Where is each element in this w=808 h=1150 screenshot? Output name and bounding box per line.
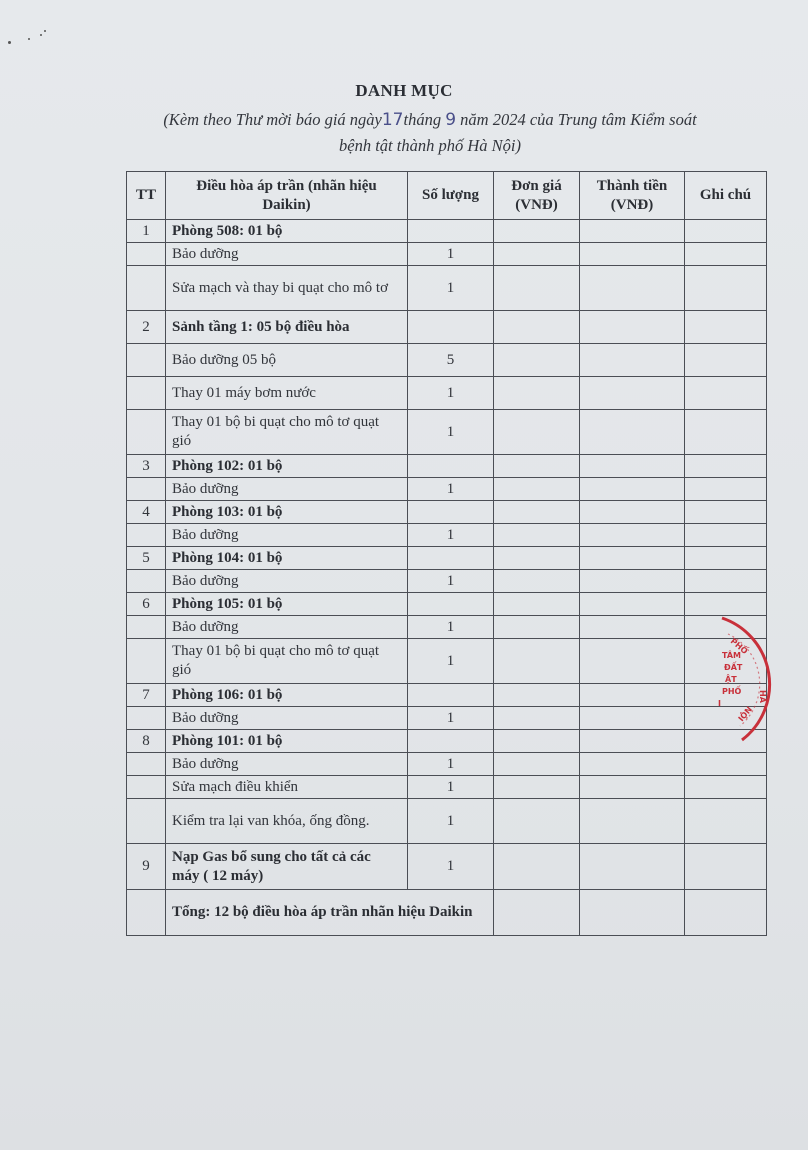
- cell-description: Bảo dưỡng: [166, 524, 408, 547]
- cell-unit-price: [494, 220, 580, 243]
- cell-tt: 8: [127, 730, 166, 753]
- cell-quantity: [408, 455, 494, 478]
- cell-description: Bảo dưỡng: [166, 616, 408, 639]
- handwritten-month: 9: [445, 110, 456, 130]
- cell-description: Thay 01 bộ bi quạt cho mô tơ quạt gió: [166, 639, 408, 684]
- cell-tt: [127, 639, 166, 684]
- cell-unit-price: [494, 890, 580, 936]
- cell-note: [685, 570, 767, 593]
- cell-tt: [127, 753, 166, 776]
- table-group-row: 2Sảnh tầng 1: 05 bộ điều hòa: [127, 311, 767, 344]
- cell-tt: [127, 266, 166, 311]
- cell-note: [685, 410, 767, 455]
- cell-quantity: [408, 684, 494, 707]
- cell-note: [685, 684, 767, 707]
- cell-note: [685, 753, 767, 776]
- table-group-row: 1Phòng 508: 01 bộ: [127, 220, 767, 243]
- cell-description: Bảo dưỡng 05 bộ: [166, 344, 408, 377]
- cell-description: Sửa mạch điều khiển: [166, 776, 408, 799]
- cell-quantity: [408, 311, 494, 344]
- cell-note: [685, 501, 767, 524]
- cell-total: [580, 377, 685, 410]
- cell-total: [580, 844, 685, 890]
- cell-unit-price: [494, 730, 580, 753]
- scanned-page: DANH MỤC (Kèm theo Thư mời báo giá ngày1…: [0, 0, 808, 1150]
- cell-quantity: 1: [408, 266, 494, 311]
- table-row: Bảo dưỡng1: [127, 616, 767, 639]
- cell-description: Bảo dưỡng: [166, 753, 408, 776]
- table-group-row: 3Phòng 102: 01 bộ: [127, 455, 767, 478]
- table-row: Sửa mạch và thay bi quạt cho mô tơ1: [127, 266, 767, 311]
- cell-total: [580, 570, 685, 593]
- cell-tt: 7: [127, 684, 166, 707]
- cell-tt: 3: [127, 455, 166, 478]
- cell-note: [685, 266, 767, 311]
- cell-unit-price: [494, 311, 580, 344]
- cell-note: [685, 730, 767, 753]
- cell-description: Phòng 101: 01 bộ: [166, 730, 408, 753]
- header-total: Thành tiền (VNĐ): [580, 172, 685, 220]
- cell-total: [580, 410, 685, 455]
- cell-tt: 5: [127, 547, 166, 570]
- cell-total: [580, 890, 685, 936]
- cell-total: [580, 547, 685, 570]
- cell-description: Bảo dưỡng: [166, 243, 408, 266]
- document-title: DANH MỤC: [0, 81, 808, 101]
- cell-note: [685, 616, 767, 639]
- cell-tt: 6: [127, 593, 166, 616]
- cell-quantity: 5: [408, 344, 494, 377]
- cell-description: Kiểm tra lại van khóa, ống đồng.: [166, 799, 408, 844]
- cell-unit-price: [494, 524, 580, 547]
- cell-unit-price: [494, 799, 580, 844]
- cell-description: Phòng 104: 01 bộ: [166, 547, 408, 570]
- cell-quantity: 1: [408, 753, 494, 776]
- cell-note: [685, 455, 767, 478]
- cell-unit-price: [494, 639, 580, 684]
- table-header-row: TT Điều hòa áp trần (nhãn hiệu Daikin) S…: [127, 172, 767, 220]
- cell-unit-price: [494, 410, 580, 455]
- cell-unit-price: [494, 707, 580, 730]
- cell-note: [685, 776, 767, 799]
- cell-total: [580, 455, 685, 478]
- cell-total: [580, 707, 685, 730]
- cell-unit-price: [494, 243, 580, 266]
- cell-tt: [127, 410, 166, 455]
- cell-description: Phòng 105: 01 bộ: [166, 593, 408, 616]
- cell-unit-price: [494, 266, 580, 311]
- cell-tt: [127, 799, 166, 844]
- cell-total: [580, 753, 685, 776]
- table-row: Bảo dưỡng1: [127, 753, 767, 776]
- cell-quantity: 1: [408, 616, 494, 639]
- table-group-row: 9Nạp Gas bổ sung cho tất cả các máy ( 12…: [127, 844, 767, 890]
- cell-description: Phòng 106: 01 bộ: [166, 684, 408, 707]
- cell-quantity: 1: [408, 707, 494, 730]
- cell-description: Bảo dưỡng: [166, 570, 408, 593]
- table-row: Bảo dưỡng1: [127, 243, 767, 266]
- header-description: Điều hòa áp trần (nhãn hiệu Daikin): [166, 172, 408, 220]
- cell-total: [580, 684, 685, 707]
- cell-quantity: 1: [408, 377, 494, 410]
- header-quantity: Số lượng: [408, 172, 494, 220]
- table-row: Bảo dưỡng1: [127, 707, 767, 730]
- cell-note: [685, 593, 767, 616]
- cell-unit-price: [494, 455, 580, 478]
- cell-tt: [127, 377, 166, 410]
- table-total-row: Tổng: 12 bộ điều hòa áp trần nhãn hiệu D…: [127, 890, 767, 936]
- table-row: Thay 01 bộ bi quạt cho mô tơ quạt gió1: [127, 410, 767, 455]
- scan-specks: [6, 28, 56, 48]
- cell-description: Thay 01 máy bơm nước: [166, 377, 408, 410]
- table-body: 1Phòng 508: 01 bộBảo dưỡng1Sửa mạch và t…: [127, 220, 767, 936]
- cell-quantity: [408, 501, 494, 524]
- document-subtitle: (Kèm theo Thư mời báo giá ngày17tháng 9 …: [150, 107, 710, 158]
- cell-unit-price: [494, 570, 580, 593]
- cell-unit-price: [494, 501, 580, 524]
- cell-quantity: [408, 593, 494, 616]
- cell-description: Bảo dưỡng: [166, 478, 408, 501]
- cell-unit-price: [494, 478, 580, 501]
- cell-note: [685, 890, 767, 936]
- cell-note: [685, 707, 767, 730]
- cell-total: [580, 266, 685, 311]
- cell-unit-price: [494, 753, 580, 776]
- table-group-row: 4Phòng 103: 01 bộ: [127, 501, 767, 524]
- header-unit-price: Đơn giá (VNĐ): [494, 172, 580, 220]
- cell-description: Sảnh tầng 1: 05 bộ điều hòa: [166, 311, 408, 344]
- cell-total: [580, 344, 685, 377]
- cell-tt: [127, 776, 166, 799]
- cell-tt: 2: [127, 311, 166, 344]
- table-row: Sửa mạch điều khiển1: [127, 776, 767, 799]
- cell-unit-price: [494, 684, 580, 707]
- table-group-row: 8Phòng 101: 01 bộ: [127, 730, 767, 753]
- cell-note: [685, 344, 767, 377]
- table-row: Thay 01 máy bơm nước1: [127, 377, 767, 410]
- cell-quantity: 1: [408, 570, 494, 593]
- cell-total: [580, 776, 685, 799]
- cell-description: Bảo dưỡng: [166, 707, 408, 730]
- cell-tt: 1: [127, 220, 166, 243]
- cell-description: Phòng 102: 01 bộ: [166, 455, 408, 478]
- cell-unit-price: [494, 616, 580, 639]
- cell-tt: [127, 890, 166, 936]
- table-row: Thay 01 bộ bi quạt cho mô tơ quạt gió1: [127, 639, 767, 684]
- table-row: Bảo dưỡng1: [127, 570, 767, 593]
- cell-description: Sửa mạch và thay bi quạt cho mô tơ: [166, 266, 408, 311]
- subtitle-part-1: (Kèm theo Thư mời báo giá ngày: [163, 110, 382, 129]
- cell-total: [580, 616, 685, 639]
- cell-unit-price: [494, 776, 580, 799]
- cell-tt: [127, 616, 166, 639]
- cell-quantity: 1: [408, 524, 494, 547]
- cell-total: [580, 220, 685, 243]
- cell-note: [685, 547, 767, 570]
- cell-tt: [127, 570, 166, 593]
- cell-total: [580, 799, 685, 844]
- cell-description: Thay 01 bộ bi quạt cho mô tơ quạt gió: [166, 410, 408, 455]
- cell-tt: [127, 478, 166, 501]
- cell-unit-price: [494, 344, 580, 377]
- cell-quantity: 1: [408, 639, 494, 684]
- cell-unit-price: [494, 377, 580, 410]
- table-row: Bảo dưỡng 05 bộ5: [127, 344, 767, 377]
- total-description: Tổng: 12 bộ điều hòa áp trần nhãn hiệu D…: [166, 890, 494, 936]
- cell-tt: [127, 243, 166, 266]
- cell-quantity: 1: [408, 776, 494, 799]
- table-row: Bảo dưỡng1: [127, 478, 767, 501]
- cell-quantity: 1: [408, 844, 494, 890]
- cell-note: [685, 478, 767, 501]
- cell-description: Phòng 508: 01 bộ: [166, 220, 408, 243]
- cell-quantity: [408, 730, 494, 753]
- cell-note: [685, 311, 767, 344]
- cell-quantity: [408, 220, 494, 243]
- cell-tt: [127, 707, 166, 730]
- cell-tt: 4: [127, 501, 166, 524]
- cell-note: [685, 639, 767, 684]
- cell-tt: [127, 344, 166, 377]
- cell-note: [685, 524, 767, 547]
- cell-tt: 9: [127, 844, 166, 890]
- cell-total: [580, 311, 685, 344]
- header-note: Ghi chú: [685, 172, 767, 220]
- cell-total: [580, 730, 685, 753]
- cell-total: [580, 593, 685, 616]
- cell-unit-price: [494, 844, 580, 890]
- table-row: Bảo dưỡng1: [127, 524, 767, 547]
- cell-unit-price: [494, 547, 580, 570]
- cell-note: [685, 243, 767, 266]
- cell-description: Phòng 103: 01 bộ: [166, 501, 408, 524]
- cell-total: [580, 639, 685, 684]
- cell-tt: [127, 524, 166, 547]
- cell-note: [685, 377, 767, 410]
- subtitle-part-2: tháng: [404, 110, 442, 129]
- cell-total: [580, 243, 685, 266]
- items-table: TT Điều hòa áp trần (nhãn hiệu Daikin) S…: [126, 171, 767, 936]
- cell-quantity: 1: [408, 799, 494, 844]
- table-group-row: 5Phòng 104: 01 bộ: [127, 547, 767, 570]
- handwritten-day: 17: [382, 110, 404, 130]
- table-group-row: 7Phòng 106: 01 bộ: [127, 684, 767, 707]
- cell-description: Nạp Gas bổ sung cho tất cả các máy ( 12 …: [166, 844, 408, 890]
- table-group-row: 6Phòng 105: 01 bộ: [127, 593, 767, 616]
- cell-note: [685, 844, 767, 890]
- cell-quantity: 1: [408, 478, 494, 501]
- header-tt: TT: [127, 172, 166, 220]
- cell-quantity: [408, 547, 494, 570]
- cell-quantity: 1: [408, 410, 494, 455]
- cell-unit-price: [494, 593, 580, 616]
- cell-note: [685, 799, 767, 844]
- cell-total: [580, 478, 685, 501]
- table-row: Kiểm tra lại van khóa, ống đồng.1: [127, 799, 767, 844]
- cell-total: [580, 524, 685, 547]
- cell-note: [685, 220, 767, 243]
- cell-quantity: 1: [408, 243, 494, 266]
- cell-total: [580, 501, 685, 524]
